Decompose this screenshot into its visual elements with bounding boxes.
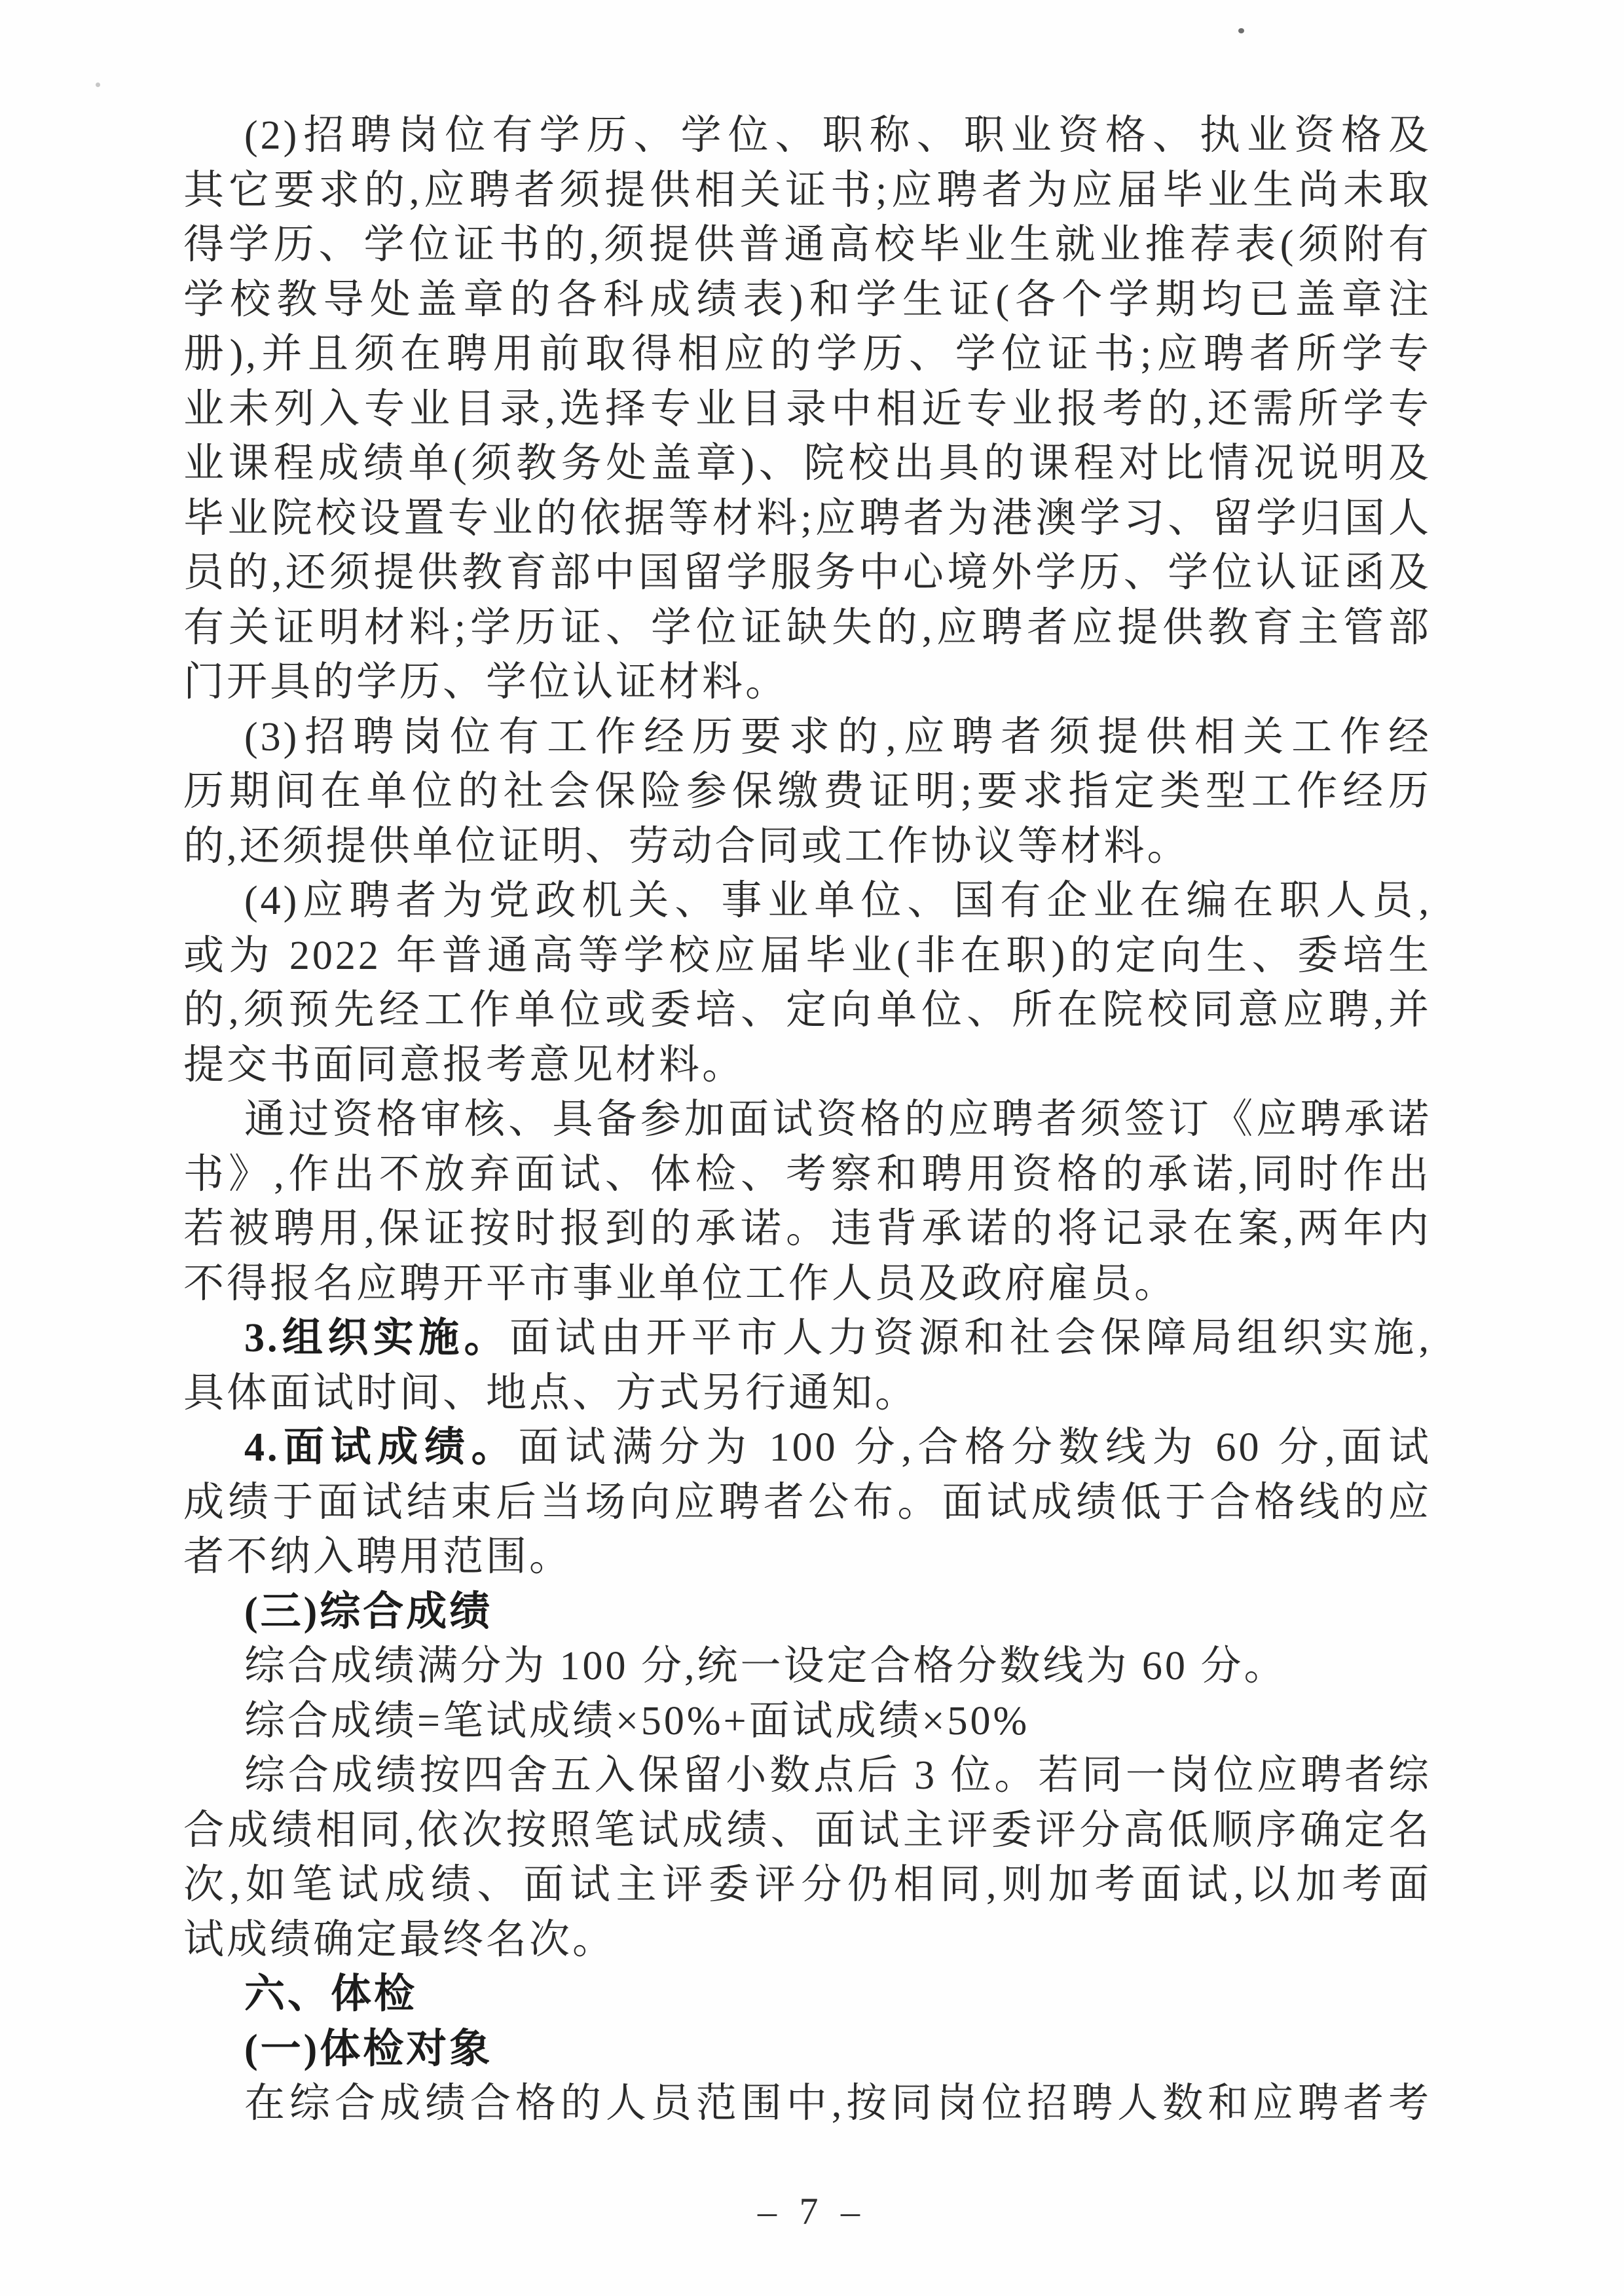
text-segment: 在综合成绩合格的人员范围中,按同岗位招聘人数和应聘者考	[244, 2081, 1431, 2126]
text-segment: (4)应聘者为党政机关、事业单位、国有企业在编在职人员,	[244, 879, 1431, 923]
text-segment: 有关证明材料;学历证、学位证缺失的,应聘者应提供教育主管部	[183, 606, 1431, 650]
text-segment: 员的,还须提供教育部中国留学服务中心境外学历、学位认证函及	[183, 551, 1431, 595]
text-line-34: 试成绩确定最终名次。	[183, 1913, 1431, 1968]
text-segment: 者不纳入聘用范围。	[183, 1535, 572, 1579]
text-segment: 书》,作出不放弃面试、体检、考察和聘用资格的承诺,同时作出	[183, 1152, 1431, 1197]
page-number: – 7 –	[0, 2189, 1624, 2233]
text-segment: 提交书面同意报考意见材料。	[183, 1043, 745, 1087]
text-line-30: 综合成绩=笔试成绩×50%+面试成绩×50%	[183, 1694, 1431, 1749]
text-line-27: 者不纳入聘用范围。	[183, 1530, 1431, 1585]
bold-heading-segment: 3.组织实施。	[244, 1316, 509, 1360]
text-line-22: 不得报名应聘开平市事业单位工作人员及政府雇员。	[183, 1257, 1431, 1312]
bold-heading-segment: (三)综合成绩	[244, 1590, 492, 1634]
text-segment: 毕业院校设置专业的依据等材料;应聘者为港澳学习、留学归国人	[183, 496, 1431, 541]
text-segment: 面试满分为 100 分,合格分数线为 60 分,面试	[518, 1425, 1431, 1470]
text-segment: 合成绩相同,依次按照笔试成绩、面试主评委评分高低顺序确定名	[183, 1808, 1431, 1853]
text-line-6: 业未列入专业目录,选择专业目录中相近专业报考的,还需所学专	[183, 382, 1431, 437]
text-segment: 其它要求的,应聘者须提供相关证书;应聘者为应届毕业生尚未取	[183, 168, 1431, 213]
text-line-14: 的,还须提供单位证明、劳动合同或工作协议等材料。	[183, 820, 1431, 875]
bold-heading-segment: (一)体检对象	[244, 2027, 492, 2071]
bold-heading-segment: 4.面试成绩。	[244, 1425, 518, 1470]
bold-heading-segment: 六、体检	[244, 1972, 417, 2016]
text-line-36: (一)体检对象	[183, 2022, 1431, 2077]
text-segment: 的,还须提供单位证明、劳动合同或工作协议等材料。	[183, 824, 1190, 869]
text-line-24: 具体面试时间、地点、方式另行通知。	[183, 1366, 1431, 1421]
text-line-9: 员的,还须提供教育部中国留学服务中心境外学历、学位认证函及	[183, 546, 1431, 601]
text-segment: (3)招聘岗位有工作经历要求的,应聘者须提供相关工作经	[244, 715, 1431, 759]
text-line-29: 综合成绩满分为 100 分,统一设定合格分数线为 60 分。	[183, 1639, 1431, 1694]
text-line-28: (三)综合成绩	[183, 1585, 1431, 1640]
text-segment: 的,须预先经工作单位或委培、定向单位、所在院校同意应聘,并	[183, 988, 1431, 1032]
text-line-10: 有关证明材料;学历证、学位证缺失的,应聘者应提供教育主管部	[183, 601, 1431, 656]
text-segment: 业课程成绩单(须教务处盖章)、院校出具的课程对比情况说明及	[183, 441, 1431, 486]
text-line-26: 成绩于面试结束后当场向应聘者公布。面试成绩低于合格线的应聘	[183, 1476, 1431, 1531]
text-segment: (2)招聘岗位有学历、学位、职称、职业资格、执业资格及	[244, 113, 1431, 158]
text-line-37: 在综合成绩合格的人员范围中,按同岗位招聘人数和应聘者考	[183, 2077, 1431, 2132]
text-segment: 历期间在单位的社会保险参保缴费证明;要求指定类型工作经历	[183, 769, 1431, 814]
text-segment: 业未列入专业目录,选择专业目录中相近专业报考的,还需所学专	[183, 387, 1431, 431]
text-line-3: 得学历、学位证书的,须提供普通高校毕业生就业推荐表(须附有	[183, 218, 1431, 273]
text-segment: 或为 2022 年普通高等学校应届毕业(非在职)的定向生、委培生	[183, 934, 1431, 978]
text-line-31: 综合成绩按四舍五入保留小数点后 3 位。若同一岗位应聘者综	[183, 1749, 1431, 1804]
text-segment: 册),并且须在聘用前取得相应的学历、学位证书;应聘者所学专	[183, 332, 1431, 376]
text-line-25: 4.面试成绩。面试满分为 100 分,合格分数线为 60 分,面试	[183, 1421, 1431, 1476]
text-line-23: 3.组织实施。面试由开平市人力资源和社会保障局组织实施,	[183, 1311, 1431, 1366]
text-line-17: 的,须预先经工作单位或委培、定向单位、所在院校同意应聘,并	[183, 983, 1431, 1038]
text-line-15: (4)应聘者为党政机关、事业单位、国有企业在编在职人员,	[183, 874, 1431, 929]
text-segment: 综合成绩=笔试成绩×50%+面试成绩×50%	[244, 1699, 1029, 1743]
text-line-1: (2)招聘岗位有学历、学位、职称、职业资格、执业资格及	[183, 109, 1431, 164]
text-segment: 门开具的学历、学位认证材料。	[183, 660, 788, 704]
text-segment: 综合成绩按四舍五入保留小数点后 3 位。若同一岗位应聘者综	[244, 1753, 1431, 1798]
document-page: (2)招聘岗位有学历、学位、职称、职业资格、执业资格及其它要求的,应聘者须提供相…	[0, 0, 1624, 2296]
text-segment: 成绩于面试结束后当场向应聘者公布。面试成绩低于合格线的应聘	[183, 1480, 1431, 1531]
text-line-16: 或为 2022 年普通高等学校应届毕业(非在职)的定向生、委培生	[183, 929, 1431, 984]
text-segment: 面试由开平市人力资源和社会保障局组织实施,	[509, 1316, 1431, 1360]
text-line-7: 业课程成绩单(须教务处盖章)、院校出具的课程对比情况说明及	[183, 437, 1431, 492]
text-segment: 综合成绩满分为 100 分,统一设定合格分数线为 60 分。	[244, 1644, 1287, 1688]
text-line-32: 合成绩相同,依次按照笔试成绩、面试主评委评分高低顺序确定名	[183, 1804, 1431, 1859]
text-segment: 试成绩确定最终名次。	[183, 1918, 616, 1962]
text-segment: 得学历、学位证书的,须提供普通高校毕业生就业推荐表(须附有	[183, 223, 1431, 267]
text-line-19: 通过资格审核、具备参加面试资格的应聘者须签订《应聘承诺	[183, 1093, 1431, 1148]
text-segment: 不得报名应聘开平市事业单位工作人员及政府雇员。	[183, 1262, 1177, 1306]
text-line-33: 次,如笔试成绩、面试主评委评分仍相同,则加考面试,以加考面	[183, 1858, 1431, 1913]
text-line-2: 其它要求的,应聘者须提供相关证书;应聘者为应届毕业生尚未取	[183, 164, 1431, 219]
text-line-4: 学校教导处盖章的各科成绩表)和学生证(各个学期均已盖章注	[183, 273, 1431, 328]
text-line-20: 书》,作出不放弃面试、体检、考察和聘用资格的承诺,同时作出	[183, 1148, 1431, 1203]
text-line-5: 册),并且须在聘用前取得相应的学历、学位证书;应聘者所学专	[183, 327, 1431, 382]
text-segment: 次,如笔试成绩、面试主评委评分仍相同,则加考面试,以加考面	[183, 1863, 1431, 1907]
text-line-12: (3)招聘岗位有工作经历要求的,应聘者须提供相关工作经	[183, 710, 1431, 765]
text-line-21: 若被聘用,保证按时报到的承诺。违背承诺的将记录在案,两年内	[183, 1202, 1431, 1257]
text-segment: 具体面试时间、地点、方式另行通知。	[183, 1371, 918, 1415]
text-line-18: 提交书面同意报考意见材料。	[183, 1038, 1431, 1093]
text-line-35: 六、体检	[183, 1967, 1431, 2022]
text-segment: 若被聘用,保证按时报到的承诺。违背承诺的将记录在案,两年内	[183, 1207, 1431, 1251]
scan-speck	[96, 82, 100, 87]
text-segment: 学校教导处盖章的各科成绩表)和学生证(各个学期均已盖章注	[183, 278, 1431, 322]
text-segment: 通过资格审核、具备参加面试资格的应聘者须签订《应聘承诺	[244, 1097, 1431, 1142]
text-line-8: 毕业院校设置专业的依据等材料;应聘者为港澳学习、留学归国人	[183, 492, 1431, 547]
text-line-11: 门开具的学历、学位认证材料。	[183, 655, 1431, 710]
document-text-block: (2)招聘岗位有学历、学位、职称、职业资格、执业资格及其它要求的,应聘者须提供相…	[183, 109, 1431, 2132]
scan-speck	[1238, 28, 1244, 33]
text-line-13: 历期间在单位的社会保险参保缴费证明;要求指定类型工作经历	[183, 765, 1431, 820]
